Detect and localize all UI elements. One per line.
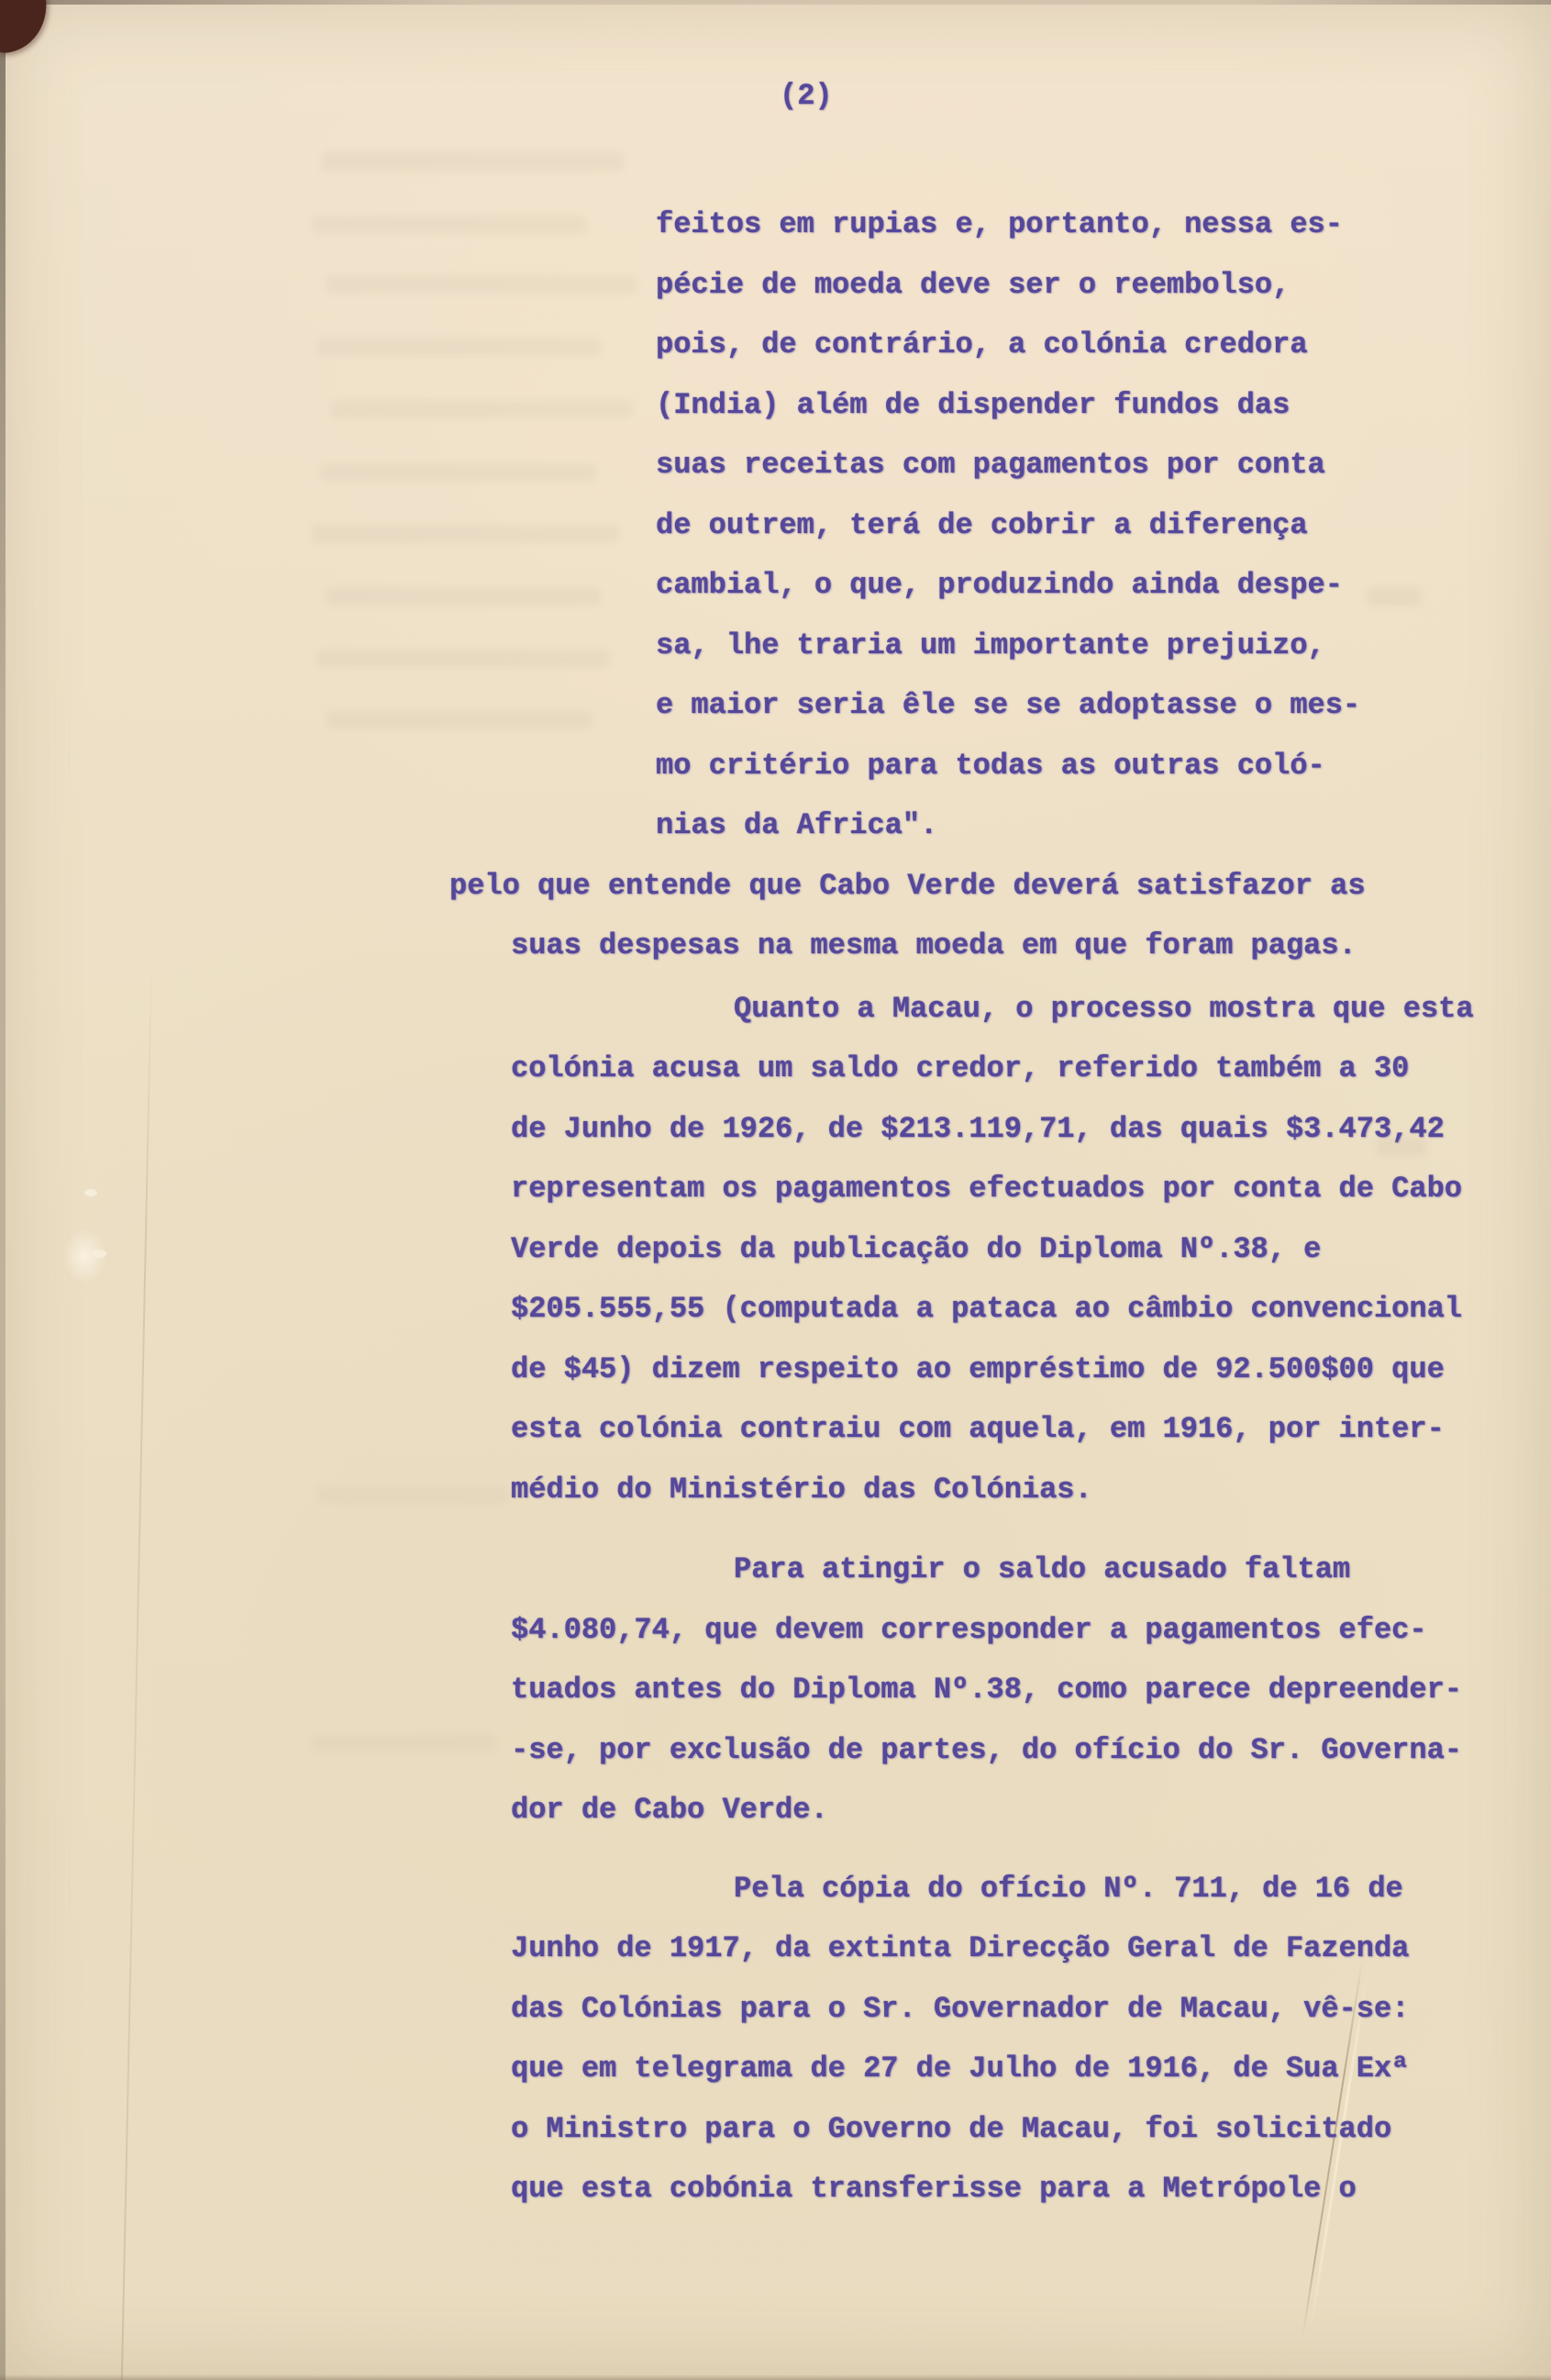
paper-speck [92,1250,106,1258]
quoted-block: feitos em rupias e, portanto, nessa es- … [656,195,1410,856]
text-line: Verde depois da publicação do Diploma Nº… [511,1219,1410,1280]
text-line: de outrem, terá de cobrir a diferença [656,495,1410,556]
text-line: -se, por exclusão de partes, do ofício d… [511,1720,1410,1781]
scanned-typescript-page: { "colors": { "ink": "#55489a", "paper":… [0,0,1551,2380]
paragraph: Pela cópia do ofício Nº. 711, de 16 de J… [511,1859,1410,2219]
page-number: (2) [780,79,833,113]
scan-edge-bottom [0,2374,1551,2380]
text-line: suas receitas com pagamentos por conta [656,435,1410,495]
text-line: esta colónia contraiu com aquela, em 191… [511,1399,1410,1460]
scan-edge-left [0,0,6,2380]
text-line: Junho de 1917, da extinta Direcção Geral… [511,1918,1410,1979]
text-line: de Junho de 1926, de $213.119,71, das qu… [511,1099,1410,1160]
paper-background: (2) feitos em rupias e, portanto, nessa … [0,0,1551,2380]
text-column: feitos em rupias e, portanto, nessa es- … [511,195,1410,2219]
scan-edge-top [0,0,1551,5]
text-line: suas despesas na mesma moeda em que fora… [511,916,1410,976]
text-line: pelo que entende que Cabo Verde deverá s… [449,856,1410,917]
paragraph: pelo que entende que Cabo Verde deverá s… [511,856,1410,976]
text-line: mo critério para todas as outras coló- [656,736,1410,796]
paragraph: Para atingir o saldo acusado faltam $4.0… [511,1540,1410,1841]
text-line: $205.555,55 (computada a pataca ao câmbi… [511,1279,1410,1340]
text-line: de $45) dizem respeito ao empréstimo de … [511,1340,1410,1400]
paper-crease [121,963,152,2380]
bleedthrough-artifact [321,151,624,172]
text-line: (India) além de dispender fundos das [656,375,1410,436]
text-line: que esta cobónia transferisse para a Met… [511,2159,1410,2219]
text-line: Para atingir o saldo acusado faltam [734,1540,1410,1600]
bleedthrough-artifact [312,1734,495,1752]
paper-speck [84,1189,97,1196]
paragraph: Quanto a Macau, o processo mostra que es… [511,979,1410,1520]
text-line: dor de Cabo Verde. [511,1780,1410,1841]
bleedthrough-artifact [316,1486,509,1505]
text-line: nias da Africa". [656,795,1410,856]
text-line: médio do Ministério das Colónias. [511,1460,1410,1520]
text-line: que em telegrama de 27 de Julho de 1916,… [511,2039,1410,2099]
text-line: $4.080,74, que devem corresponder a paga… [511,1600,1410,1661]
text-line: colónia acusa um saldo credor, referido … [511,1039,1410,1099]
torn-corner-artifact [0,0,51,54]
text-line: Quanto a Macau, o processo mostra que es… [734,979,1410,1040]
text-line: Pela cópia do ofício Nº. 711, de 16 de [734,1859,1410,1919]
text-line: sa, lhe traria um importante prejuizo, [656,616,1410,676]
text-line: das Colónias para o Sr. Governador de Ma… [511,1979,1410,2040]
text-line: e maior seria êle se se adoptasse o mes- [656,675,1410,736]
text-line: representam os pagamentos efectuados por… [511,1159,1410,1219]
text-line: pois, de contrário, a colónia credora [656,315,1410,375]
text-line: pécie de moeda deve ser o reembolso, [656,255,1410,316]
text-line: tuados antes do Diploma Nº.38, como pare… [511,1660,1410,1720]
text-line: cambial, o que, produzindo ainda despe- [656,555,1410,616]
text-line: o Ministro para o Governo de Macau, foi … [511,2099,1410,2160]
text-line: feitos em rupias e, portanto, nessa es- [656,195,1410,255]
